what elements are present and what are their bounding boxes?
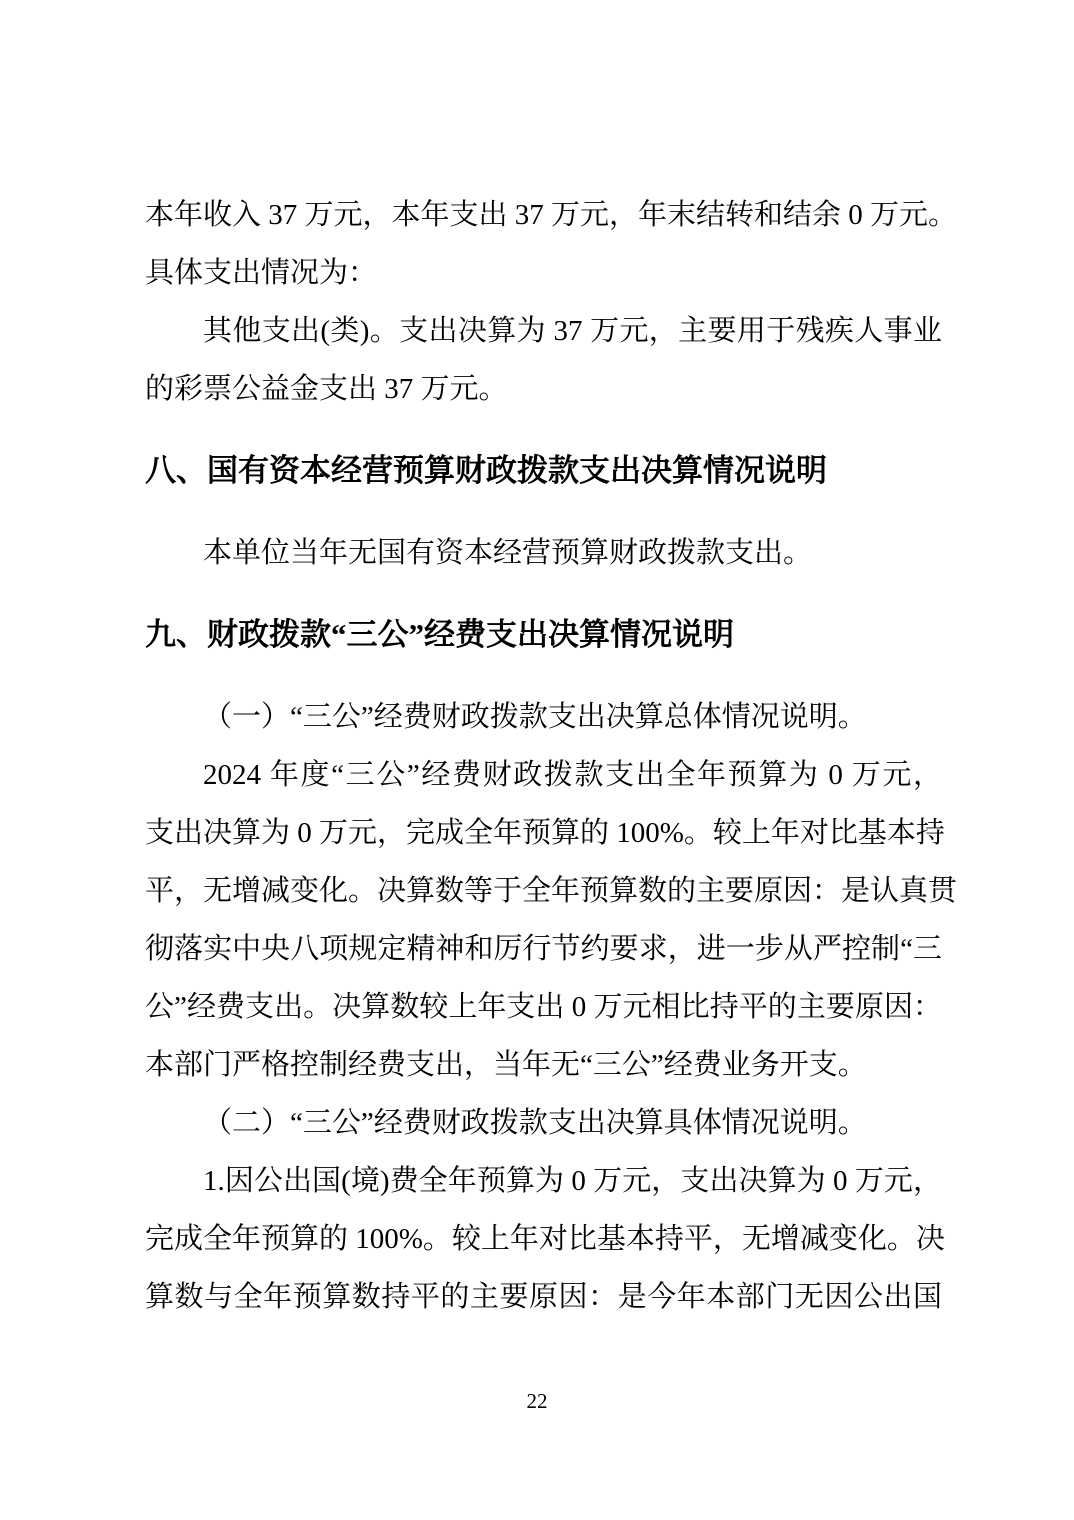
paragraph-section-9-sub1: 2024 年度“三公”经费财政拨款支出全年预算为 0 万元， 支出决算为 0 万…	[145, 746, 942, 1094]
page-number: 22	[0, 1388, 1074, 1414]
text-line: 1.因公出国(境)费全年预算为 0 万元，支出决算为 0 万元，	[145, 1152, 942, 1210]
section-9-heading: 九、财政拨款“三公”经费支出决算情况说明	[145, 606, 942, 664]
text-line: （一）“三公”经费财政拨款支出决算总体情况说明。	[145, 688, 942, 746]
paragraph-expenditure-summary: 本年收入 37 万元，本年支出 37 万元，年末结转和结余 0 万元。 具体支出…	[145, 186, 942, 302]
section-8-heading: 八、国有资本经营预算财政拨款支出决算情况说明	[145, 442, 942, 500]
paragraph-section-9-item1: 1.因公出国(境)费全年预算为 0 万元，支出决算为 0 万元， 完成全年预算的…	[145, 1152, 942, 1326]
text-line: 其他支出(类)。支出决算为 37 万元，主要用于残疾人事业	[145, 302, 942, 360]
text-line: 具体支出情况为：	[145, 244, 942, 302]
paragraph-section-9-sub2-heading: （二）“三公”经费财政拨款支出决算具体情况说明。	[145, 1094, 942, 1152]
text-line: 平，无增减变化。决算数等于全年预算数的主要原因：是认真贯	[145, 862, 942, 920]
text-line: 本单位当年无国有资本经营预算财政拨款支出。	[145, 524, 942, 582]
document-body: 本年收入 37 万元，本年支出 37 万元，年末结转和结余 0 万元。 具体支出…	[145, 186, 942, 1326]
text-line: 算数与全年预算数持平的主要原因：是今年本部门无因公出国	[145, 1268, 942, 1326]
text-line: 的彩票公益金支出 37 万元。	[145, 360, 942, 418]
text-line: 完成全年预算的 100%。较上年对比基本持平，无增减变化。决	[145, 1210, 942, 1268]
text-line: （二）“三公”经费财政拨款支出决算具体情况说明。	[145, 1094, 942, 1152]
text-line: 支出决算为 0 万元，完成全年预算的 100%。较上年对比基本持	[145, 804, 942, 862]
paragraph-section-9-sub1-heading: （一）“三公”经费财政拨款支出决算总体情况说明。	[145, 688, 942, 746]
text-line: 彻落实中央八项规定精神和厉行节约要求，进一步从严控制“三	[145, 920, 942, 978]
document-page: 本年收入 37 万元，本年支出 37 万元，年末结转和结余 0 万元。 具体支出…	[0, 0, 1074, 1520]
paragraph-section-8: 本单位当年无国有资本经营预算财政拨款支出。	[145, 524, 942, 582]
text-line: 2024 年度“三公”经费财政拨款支出全年预算为 0 万元，	[145, 746, 942, 804]
paragraph-other-expenditure: 其他支出(类)。支出决算为 37 万元，主要用于残疾人事业 的彩票公益金支出 3…	[145, 302, 942, 418]
text-line: 公”经费支出。决算数较上年支出 0 万元相比持平的主要原因：	[145, 978, 942, 1036]
text-line: 本年收入 37 万元，本年支出 37 万元，年末结转和结余 0 万元。	[145, 186, 942, 244]
text-line: 本部门严格控制经费支出，当年无“三公”经费业务开支。	[145, 1036, 942, 1094]
